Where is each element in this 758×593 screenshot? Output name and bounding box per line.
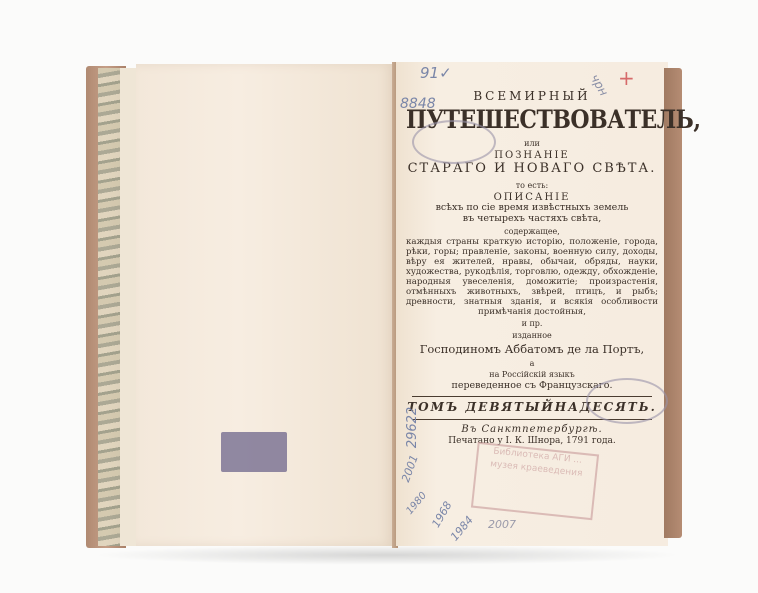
left-blank-page	[136, 64, 394, 546]
title-line-14: а	[406, 359, 658, 368]
red-cross-mark: +	[618, 66, 635, 90]
handwritten-mark-1: 91✓	[420, 64, 452, 82]
author-line: Господиномъ Аббатомъ де ла Портъ,	[406, 343, 658, 356]
year-mark-5: 2007	[488, 518, 516, 531]
city-line: Въ Санктпетербургѣ.	[406, 424, 658, 436]
right-cover	[664, 68, 682, 538]
library-stamp-rect: Библиотека АГИ ... музея краеведения	[471, 442, 599, 520]
marbled-endpaper	[98, 68, 120, 546]
handwritten-mark-2: 8848	[400, 96, 436, 112]
title-line-1: ВСЕМИРНЫЙ	[406, 90, 658, 104]
title-line-5: СТАРАГО И НОВАГО СВѢТА.	[406, 162, 658, 177]
title-line-12: изданное	[406, 331, 658, 340]
library-stamp-oval-right	[586, 378, 668, 424]
library-stamp-oval-top	[412, 120, 496, 164]
handwritten-side-number: 29622	[405, 407, 420, 448]
contents-paragraph: каждыя страны краткую исторію, положеніе…	[406, 238, 658, 317]
imprint-line: Печатано у І. К. Шнора, 1791 года.	[406, 436, 658, 446]
title-line-9: въ четырехъ частяхъ свѣта,	[406, 214, 658, 225]
title-line-10: содержащее,	[406, 227, 658, 236]
ink-stamp-left	[221, 432, 287, 472]
title-line-6: то есть:	[406, 181, 658, 190]
title-line-11: и пр.	[406, 319, 658, 328]
